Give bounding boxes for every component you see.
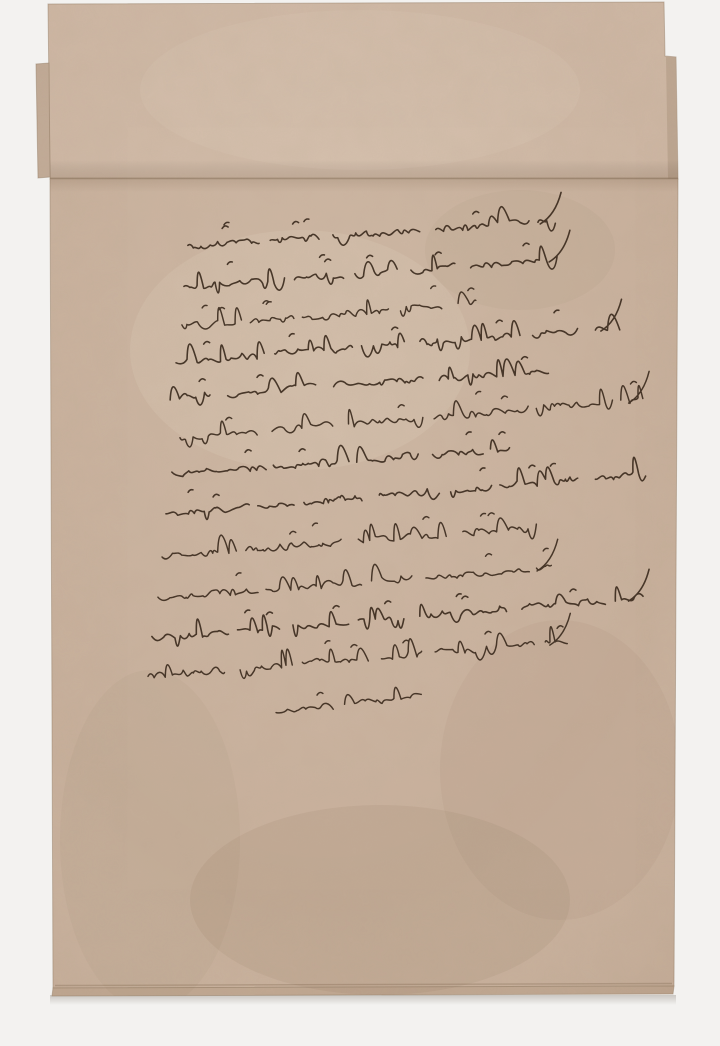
paper-texture xyxy=(0,0,720,1046)
photo-of-handwritten-letter: Photograph of a folded brown kraft-paper… xyxy=(0,0,720,1046)
paper-drop-shadow xyxy=(50,995,676,1005)
letter-photo-scene xyxy=(0,0,720,1046)
